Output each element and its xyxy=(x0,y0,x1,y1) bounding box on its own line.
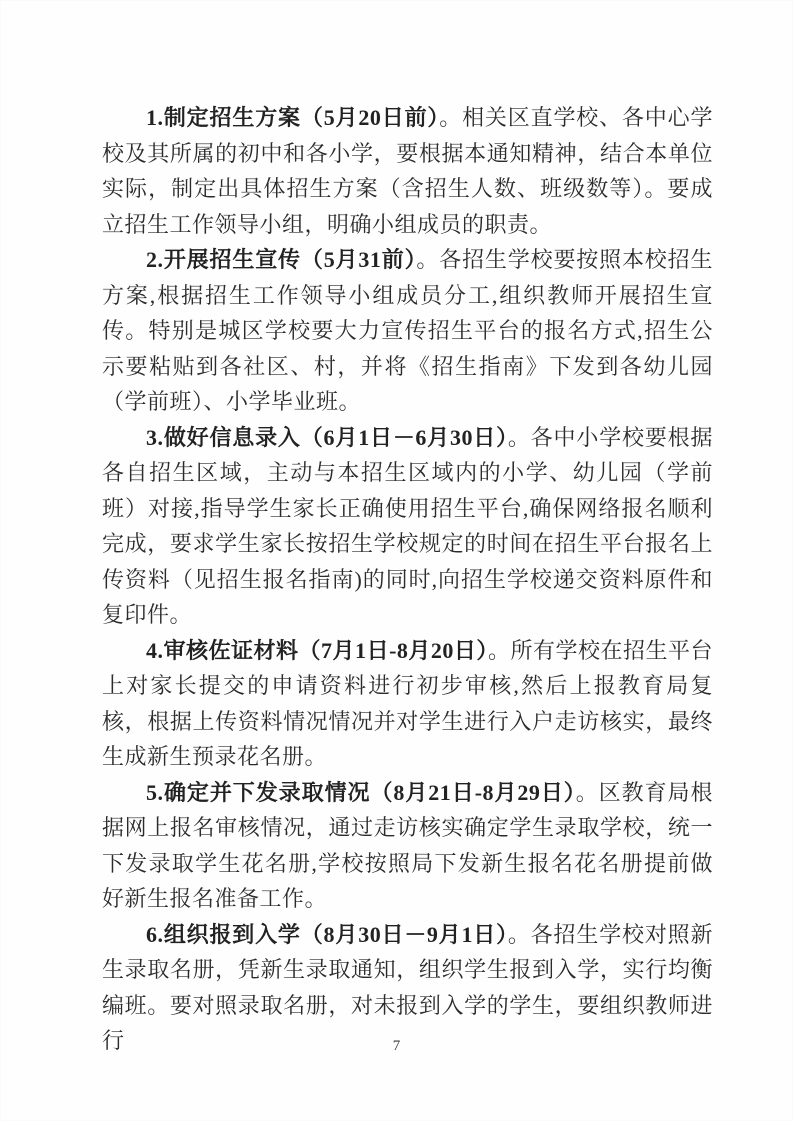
page-number: 7 xyxy=(0,1038,793,1055)
document-body-text: 1.制定招生方案（5月20日前）。相关区直学校、各中心学校及其所属的初中和各小学… xyxy=(102,100,713,1059)
paragraph-1-heading: 1.制定招生方案（5月20日前） xyxy=(146,105,439,130)
paragraph-2-body: 。各招生学校要按照本校招生方案,根据招生工作领导小组成员分工,组织教师开展招生宣… xyxy=(102,247,713,414)
paragraph-2-heading: 2.开展招生宣传（5月31前） xyxy=(146,247,416,272)
paragraph-3-heading: 3.做好信息录入（6月1日－6月30日） xyxy=(146,425,508,450)
paragraph-3: 3.做好信息录入（6月1日－6月30日）。各中小学校要根据各自招生区域，主动与本… xyxy=(102,420,713,633)
paragraph-5-heading: 5.确定并下发录取情况（8月21日-8月29日） xyxy=(146,780,576,805)
paragraph-1: 1.制定招生方案（5月20日前）。相关区直学校、各中心学校及其所属的初中和各小学… xyxy=(102,100,713,242)
document-page: 1.制定招生方案（5月20日前）。相关区直学校、各中心学校及其所属的初中和各小学… xyxy=(0,0,793,1121)
paragraph-4: 4.审核佐证材料（7月1日-8月20日）。所有学校在招生平台上对家长提交的申请资… xyxy=(102,633,713,775)
paragraph-2: 2.开展招生宣传（5月31前）。各招生学校要按照本校招生方案,根据招生工作领导小… xyxy=(102,242,713,420)
paragraph-5: 5.确定并下发录取情况（8月21日-8月29日）。区教育局根据网上报名审核情况，… xyxy=(102,775,713,917)
paragraph-4-heading: 4.审核佐证材料（7月1日-8月20日） xyxy=(146,638,488,663)
paragraph-6-heading: 6.组织报到入学（8月30日－9月1日） xyxy=(146,922,508,947)
paragraph-3-body: 。各中小学校要根据各自招生区域，主动与本招生区域内的小学、幼儿园（学前班）对接,… xyxy=(102,425,713,628)
